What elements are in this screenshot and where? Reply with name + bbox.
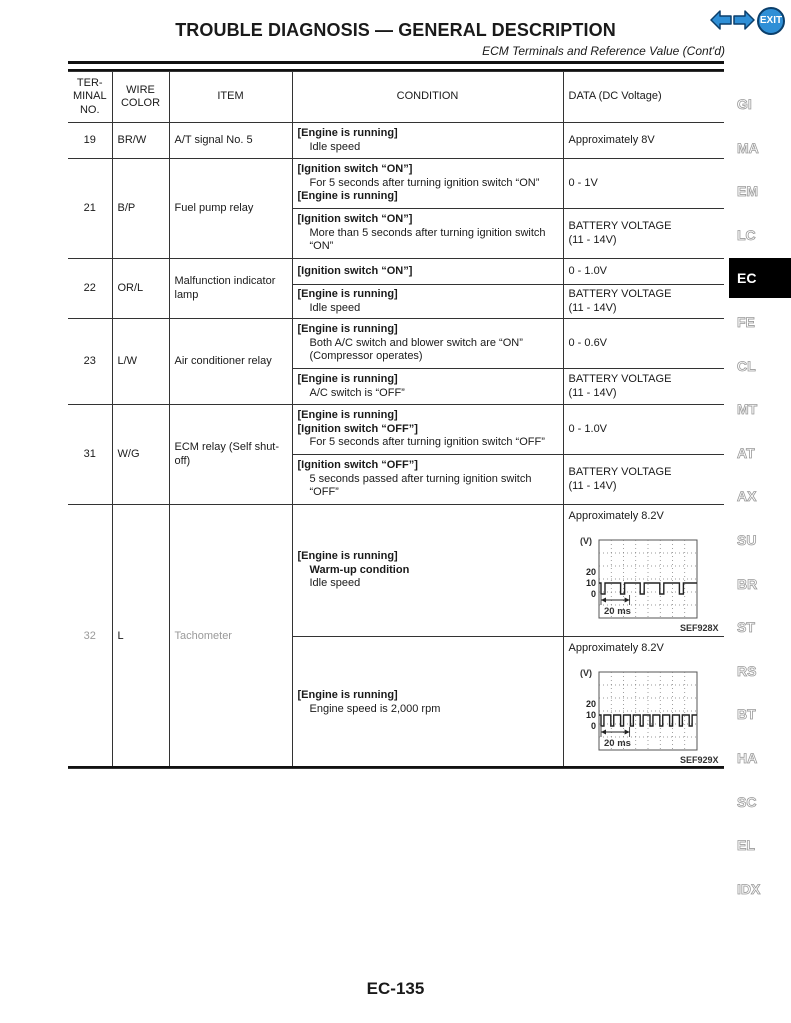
condition-detail: Engine speed is 2,000 rpm: [298, 703, 558, 717]
data-text: BATTERY VOLTAGE(11 - 14V): [569, 288, 720, 315]
col-wire-color: WIRECOLOR: [112, 72, 169, 123]
data-text: BATTERY VOLTAGE(11 - 14V): [569, 220, 720, 247]
wire-color: B/P: [112, 159, 169, 259]
terminal-number: 19: [68, 123, 112, 159]
header-rule: [68, 61, 724, 64]
index-tab-cl[interactable]: CL: [729, 346, 791, 386]
item-name: Fuel pump relay: [169, 159, 292, 259]
table-header-row: TER-MINALNO. WIRECOLOR ITEM CONDITION DA…: [68, 72, 724, 123]
svg-text:20 ms: 20 ms: [604, 606, 631, 617]
data-value: Approximately 8V: [563, 123, 724, 159]
data-text: BATTERY VOLTAGE(11 - 14V): [569, 373, 720, 400]
condition-heading: [Engine is running]: [298, 127, 558, 141]
condition-cell: [Engine is running]Warm-up conditionIdle…: [292, 505, 563, 637]
index-tab-mt[interactable]: MT: [729, 389, 791, 429]
index-tab-ec[interactable]: EC: [729, 258, 791, 298]
waveform-figure: (V)2010020 msSEF928X: [569, 524, 719, 636]
col-data: DATA (DC Voltage): [563, 72, 724, 123]
condition-cell: [Ignition switch “ON”]For 5 seconds afte…: [292, 159, 563, 209]
condition-heading: [Ignition switch “ON”]: [298, 213, 558, 227]
wire-color: OR/L: [112, 259, 169, 319]
condition-detail: Idle speed: [298, 577, 558, 591]
data-value: 0 - 1.0V: [563, 405, 724, 455]
condition-heading: [Engine is running]: [298, 373, 558, 387]
condition-heading: [Engine is running]: [298, 689, 558, 703]
data-value: 0 - 1V: [563, 159, 724, 209]
table-bottom-rule: [68, 766, 724, 768]
condition-cell: [Ignition switch “OFF”]5 seconds passed …: [292, 455, 563, 505]
table-row: 22OR/LMalfunction indicator lamp[Ignitio…: [68, 259, 724, 285]
condition-cell: [Ignition switch “ON”]More than 5 second…: [292, 209, 563, 259]
index-tab-su[interactable]: SU: [729, 520, 791, 560]
index-tab-br[interactable]: BR: [729, 564, 791, 604]
condition-detail: Warm-up condition: [298, 564, 558, 578]
data-value: 0 - 0.6V: [563, 319, 724, 369]
index-tab-fe[interactable]: FE: [729, 302, 791, 342]
index-tab-sc[interactable]: SC: [729, 782, 791, 822]
section-index-tabs: GIMAEMLCECFECLMTATAXSUBRSTRSBTHASCELIDX: [729, 0, 791, 1023]
page-title: TROUBLE DIAGNOSIS — GENERAL DESCRIPTION: [0, 20, 791, 41]
terminal-number: 32: [68, 505, 112, 769]
figure-code: SEF928X: [680, 622, 719, 636]
wire-color: L: [112, 505, 169, 769]
data-text: 0 - 0.6V: [569, 337, 720, 351]
condition-heading: [Ignition switch “ON”]: [298, 265, 558, 279]
waveform-graph: (V)2010020 ms: [569, 534, 719, 624]
data-text: Approximately 8V: [569, 134, 720, 148]
svg-text:20: 20: [585, 699, 595, 709]
condition-heading: [Engine is running]: [298, 409, 558, 423]
data-text: 0 - 1.0V: [569, 265, 720, 279]
wire-color: W/G: [112, 405, 169, 505]
wire-color: L/W: [112, 319, 169, 405]
col-condition: CONDITION: [292, 72, 563, 123]
condition-heading: [Engine is running]: [298, 288, 558, 302]
data-text: Approximately 8.2V: [569, 510, 720, 524]
item-name: Malfunction indicator lamp: [169, 259, 292, 319]
condition-cell: [Engine is running]Idle speed: [292, 285, 563, 319]
data-text: 0 - 1.0V: [569, 423, 720, 437]
condition-cell: [Engine is running]A/C switch is “OFF”: [292, 369, 563, 405]
svg-text:20: 20: [585, 567, 595, 577]
table-body: 19BR/WA/T signal No. 5[Engine is running…: [68, 123, 724, 769]
condition-detail: For 5 seconds after turning ignition swi…: [298, 177, 558, 191]
condition-cell: [Engine is running]Idle speed: [292, 123, 563, 159]
ecm-terminals-table: TER-MINALNO. WIRECOLOR ITEM CONDITION DA…: [68, 71, 724, 769]
data-text: Approximately 8.2V: [569, 642, 720, 656]
svg-text:(V): (V): [580, 668, 592, 678]
index-tab-rs[interactable]: RS: [729, 651, 791, 691]
table-row: 21B/PFuel pump relay[Ignition switch “ON…: [68, 159, 724, 209]
terminal-number: 23: [68, 319, 112, 405]
col-item: ITEM: [169, 72, 292, 123]
index-tab-em[interactable]: EM: [729, 171, 791, 211]
waveform-graph: (V)2010020 ms: [569, 666, 719, 756]
condition-detail: Idle speed: [298, 302, 558, 316]
data-text: 0 - 1V: [569, 177, 720, 191]
index-tab-bt[interactable]: BT: [729, 694, 791, 734]
condition-detail: More than 5 seconds after turning igniti…: [298, 227, 558, 254]
table-row: 32LTachometer[Engine is running]Warm-up …: [68, 505, 724, 637]
col-terminal-no: TER-MINALNO.: [68, 72, 112, 123]
condition-detail: A/C switch is “OFF”: [298, 387, 558, 401]
condition-heading: [Ignition switch “ON”]: [298, 163, 558, 177]
svg-text:10: 10: [585, 578, 595, 588]
item-name: Air conditioner relay: [169, 319, 292, 405]
data-text: BATTERY VOLTAGE(11 - 14V): [569, 466, 720, 493]
svg-text:10: 10: [585, 710, 595, 720]
condition-cell: [Ignition switch “ON”]: [292, 259, 563, 285]
index-tab-gi[interactable]: GI: [729, 84, 791, 124]
condition-detail: Idle speed: [298, 141, 558, 155]
condition-cell: [Engine is running]Engine speed is 2,000…: [292, 637, 563, 769]
svg-text:20 ms: 20 ms: [604, 738, 631, 749]
data-value: BATTERY VOLTAGE(11 - 14V): [563, 285, 724, 319]
item-name: A/T signal No. 5: [169, 123, 292, 159]
table-row: 23L/WAir conditioner relay[Engine is run…: [68, 319, 724, 369]
index-tab-ha[interactable]: HA: [729, 738, 791, 778]
index-tab-ma[interactable]: MA: [729, 128, 791, 168]
data-value: BATTERY VOLTAGE(11 - 14V): [563, 455, 724, 505]
table-row: 19BR/WA/T signal No. 5[Engine is running…: [68, 123, 724, 159]
item-name: Tachometer: [169, 505, 292, 769]
condition-cell: [Engine is running][Ignition switch “OFF…: [292, 405, 563, 455]
svg-text:0: 0: [590, 589, 595, 599]
index-tab-st[interactable]: ST: [729, 607, 791, 647]
condition-heading: [Ignition switch “OFF”]: [298, 459, 558, 473]
table-row: 31W/GECM relay (Self shut-off)[Engine is…: [68, 405, 724, 455]
condition-heading: [Ignition switch “OFF”]: [298, 423, 558, 437]
index-tab-idx[interactable]: IDX: [729, 869, 791, 909]
section-subtitle: ECM Terminals and Reference Value (Cont'…: [482, 44, 725, 58]
condition-detail: 5 seconds passed after turning ignition …: [298, 473, 558, 500]
condition-cell: [Engine is running]Both A/C switch and b…: [292, 319, 563, 369]
data-value: Approximately 8.2V(V)2010020 msSEF928X: [563, 505, 724, 637]
condition-heading: [Engine is running]: [298, 550, 558, 564]
terminal-number: 31: [68, 405, 112, 505]
data-value: Approximately 8.2V(V)2010020 msSEF929X: [563, 637, 724, 769]
index-tab-lc[interactable]: LC: [729, 215, 791, 255]
terminal-number: 22: [68, 259, 112, 319]
index-tab-el[interactable]: EL: [729, 825, 791, 865]
index-tab-at[interactable]: AT: [729, 433, 791, 473]
wire-color: BR/W: [112, 123, 169, 159]
condition-heading: [Engine is running]: [298, 323, 558, 337]
svg-text:(V): (V): [580, 536, 592, 546]
terminal-number: 21: [68, 159, 112, 259]
data-value: BATTERY VOLTAGE(11 - 14V): [563, 209, 724, 259]
data-value: BATTERY VOLTAGE(11 - 14V): [563, 369, 724, 405]
waveform-figure: (V)2010020 msSEF929X: [569, 656, 719, 768]
condition-detail: Both A/C switch and blower switch are “O…: [298, 337, 558, 364]
data-value: 0 - 1.0V: [563, 259, 724, 285]
page-number: EC-135: [0, 979, 791, 999]
condition-heading: [Engine is running]: [298, 190, 558, 204]
index-tab-ax[interactable]: AX: [729, 476, 791, 516]
condition-detail: For 5 seconds after turning ignition swi…: [298, 436, 558, 450]
item-name: ECM relay (Self shut-off): [169, 405, 292, 505]
svg-text:0: 0: [590, 721, 595, 731]
